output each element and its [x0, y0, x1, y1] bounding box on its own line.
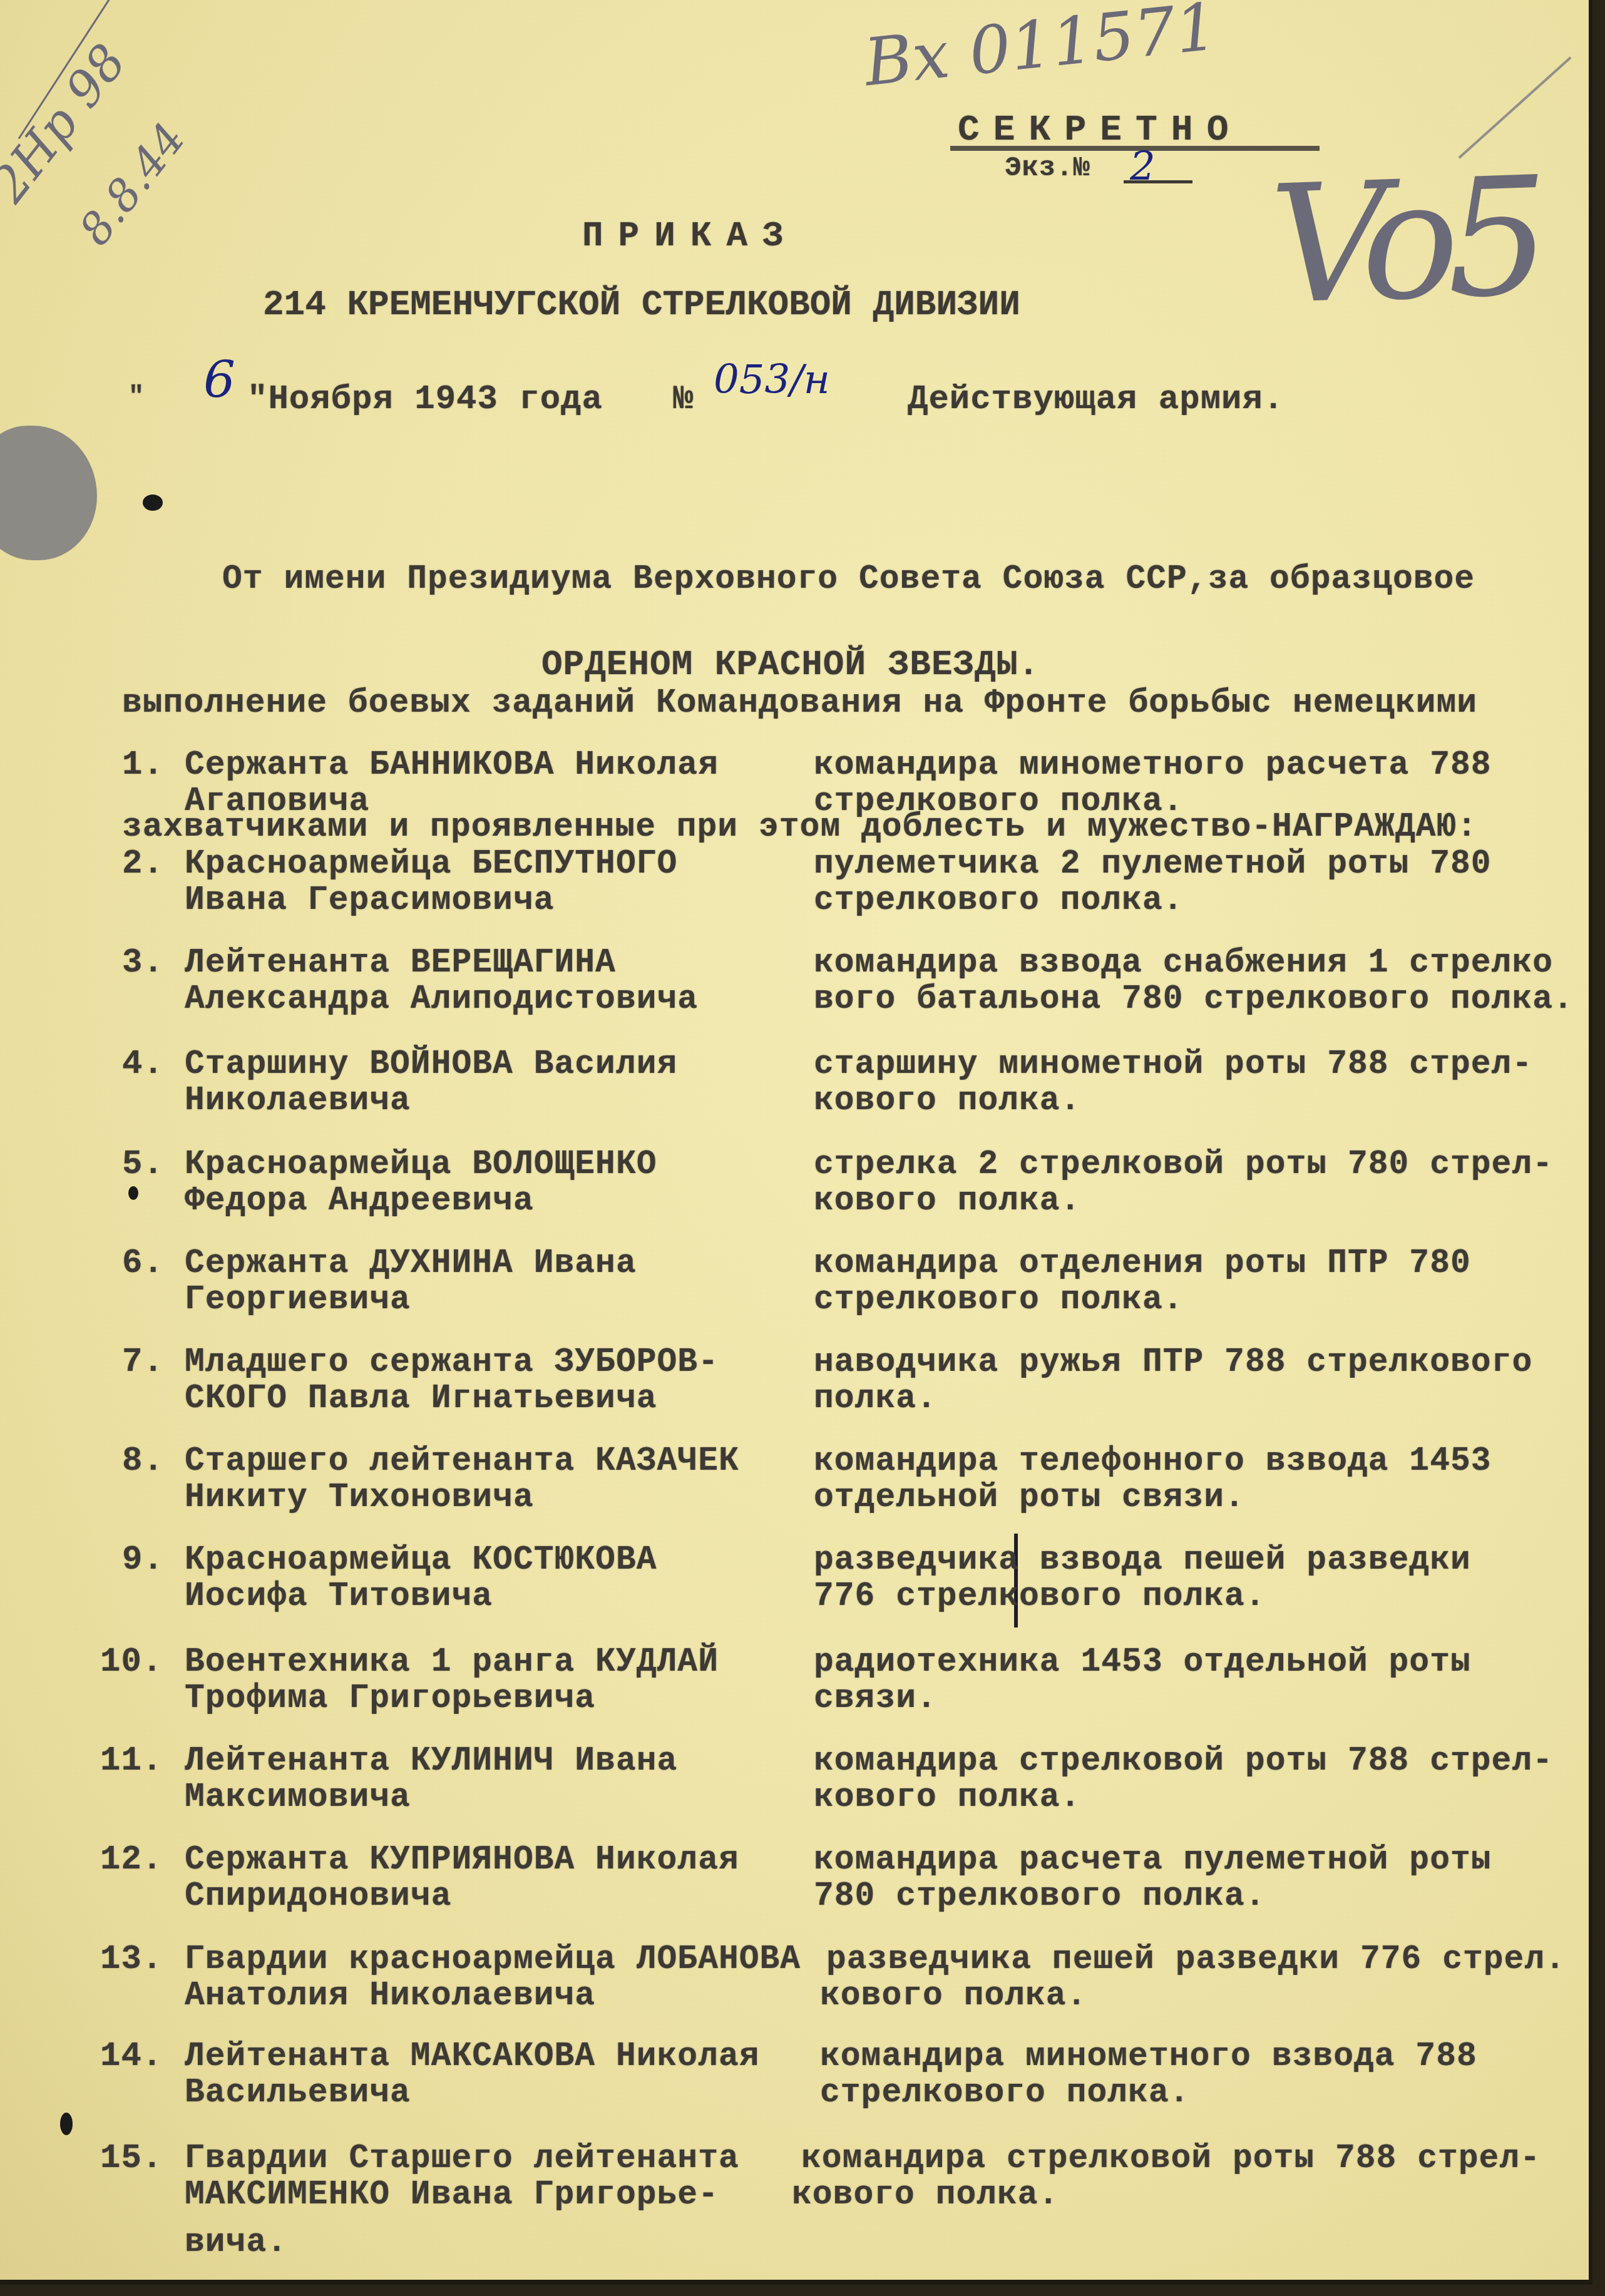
recipient-name: Лейтенанта КУЛИНИЧ Ивана [185, 1742, 677, 1780]
recipient-name: Георгиевича [185, 1281, 411, 1318]
recipient-position: старшину минометной роты 788 стрел- [814, 1045, 1532, 1083]
recipient-name: Красноармейца КОСТЮКОВА [185, 1541, 657, 1579]
recipient-name: Никиту Тихоновича [185, 1479, 534, 1516]
recipient-position: 776 стрелкового полка. [814, 1577, 1266, 1615]
pencil-incoming-reference: Вх 011571 [861, 0, 1221, 101]
recipient-position: пулеметчика 2 пулеметной роты 780 [814, 845, 1492, 883]
recipient-name: Гвардии Старшего лейтенанта [185, 2140, 739, 2177]
recipient-number: 5. [122, 1145, 164, 1184]
award-title: ОРДЕНОМ КРАСНОЙ ЗВЕЗДЫ. [541, 645, 1040, 685]
recipient-name: Красноармейца БЕСПУТНОГО [185, 845, 677, 883]
recipient-number: 7. [122, 1343, 164, 1381]
recipient-position: вого батальона 780 стрелкового полка. [814, 980, 1574, 1018]
recipient-name: Сержанта БАННИКОВА Николая [185, 746, 719, 784]
unit-name: 214 КРЕМЕНЧУГСКОЙ СТРЕЛКОВОЙ ДИВИЗИИ [263, 285, 1020, 325]
location-text: Действующая армия. [908, 381, 1284, 419]
recipient-position: командира минометного расчета 788 [814, 746, 1492, 784]
recipient-number: 14. [100, 2037, 163, 2076]
order-number-handwritten: 053/н [714, 357, 830, 403]
recipient-name: Старшину ВОЙНОВА Василия [185, 1045, 677, 1083]
recipient-name: Красноармейца ВОЛОЩЕНКО [185, 1145, 657, 1183]
recipient-position: стрелкового полка. [814, 881, 1184, 919]
document-page: 2Нр 98 8.8.44 Вх 011571 Vo5 СЕКРЕТНО Экз… [0, 0, 1592, 2285]
copy-number-label: Экз.№ [1005, 153, 1090, 184]
recipient-name: Трофима Григорьевича [185, 1679, 595, 1717]
recipient-name: Александра Алиподистовича [185, 980, 698, 1018]
recipient-name: Максимовича [185, 1778, 411, 1816]
recipient-position: радиотехника 1453 отдельной роты [814, 1643, 1471, 1681]
recipient-name: Сержанта ДУХНИНА Ивана [185, 1244, 637, 1282]
recipient-number: 3. [122, 944, 164, 982]
recipient-number: 8. [122, 1442, 164, 1480]
recipient-name: Младшего сержанта ЗУБОРОВ- [185, 1343, 719, 1381]
recipient-name: МАКСИМЕНКО Ивана Григорье- [185, 2176, 719, 2213]
ink-stain [0, 426, 97, 560]
recipient-position: наводчика ружья ПТР 788 стрелкового [814, 1343, 1532, 1381]
date-open-quote: " [128, 382, 145, 412]
recipient-position: командира взвода снабжения 1 стрелко [814, 944, 1553, 981]
recipient-name: Николаевича [185, 1082, 411, 1119]
recipient-position: связи. [814, 1679, 937, 1717]
date-month-year: "Ноября 1943 года [247, 381, 603, 419]
recipient-name: Иосифа Титовича [185, 1577, 493, 1615]
preamble-line: выполнение боевых заданий Командования н… [122, 682, 1477, 724]
recipient-position: стрелкового полка. [820, 2074, 1190, 2111]
recipient-name: Ивана Герасимовича [185, 881, 555, 919]
recipient-number: 4. [122, 1045, 164, 1084]
recipient-name: Федора Андреевича [185, 1182, 534, 1219]
recipient-position: командира стрелковой роты 788 стрел- [814, 1742, 1553, 1780]
recipient-name: Агаповича [185, 782, 369, 820]
recipient-number: 2. [122, 845, 164, 883]
document-title: ПРИКАЗ [582, 216, 799, 256]
recipient-name: Сержанта КУПРИЯНОВА Николая [185, 1841, 739, 1878]
recipient-name: Лейтенанта ВЕРЕЩАГИНА [185, 944, 616, 981]
recipient-name: Гвардии красноармейца ЛОБАНОВА [185, 1940, 801, 1978]
recipient-position: командира минометного взвода 788 [820, 2037, 1477, 2075]
recipient-name: Анатолия Николаевича [185, 1977, 595, 2014]
recipient-position: командира расчета пулеметной роты [814, 1841, 1492, 1878]
recipient-number: 13. [100, 1940, 163, 1979]
recipient-name: Спиридоновича [185, 1877, 451, 1915]
classification-stamp: СЕКРЕТНО [958, 110, 1242, 151]
recipient-number: 12. [100, 1841, 163, 1879]
pencil-note-date: 8.8.44 [69, 113, 195, 255]
recipient-position: стрелкового полка. [814, 1281, 1184, 1318]
recipient-number: 15. [100, 2140, 163, 2178]
recipient-name: Лейтенанта МАКСАКОВА Николая [185, 2037, 760, 2075]
recipient-position: разведчика пешей разведки 776 стрел. [826, 1940, 1566, 1978]
recipient-position: стрелкового полка. [814, 782, 1184, 820]
recipient-name: СКОГО Павла Игнатьевича [185, 1380, 657, 1417]
recipient-number: 11. [100, 1742, 163, 1780]
recipient-position: разведчика взвода пешей разведки [814, 1541, 1471, 1579]
recipient-name: Старшего лейтенанта КАЗАЧЕК [185, 1442, 739, 1480]
recipient-position: кового полка. [814, 1182, 1080, 1219]
pencil-large-mark: Vo5 [1268, 143, 1541, 341]
recipient-position: командира стрелковой роты 788 стрел- [801, 2140, 1541, 2177]
recipient-position: кового полка. [814, 1778, 1080, 1816]
recipient-position: командира отделения роты ПТР 780 [814, 1244, 1471, 1282]
hole-punch-mark [128, 1186, 138, 1200]
recipient-name: Васильевича [185, 2074, 411, 2111]
hole-punch-mark [60, 2113, 73, 2135]
recipient-number: 10. [100, 1643, 163, 1681]
recipient-name: Воентехника 1 ранга КУДЛАЙ [185, 1643, 719, 1681]
recipient-position: стрелка 2 стрелковой роты 780 стрел- [814, 1145, 1553, 1183]
recipient-number: 9. [122, 1541, 164, 1579]
recipient-position: кового полка. [792, 2176, 1059, 2213]
recipient-position: кового полка. [814, 1082, 1080, 1119]
recipient-position: полка. [814, 1380, 937, 1417]
date-day-handwritten: 6 [203, 351, 235, 409]
recipient-number: 6. [122, 1244, 164, 1283]
recipient-position: кового полка. [820, 1977, 1087, 2014]
copy-number-underline [1124, 180, 1192, 183]
recipient-position: командира телефонного взвода 1453 [814, 1442, 1492, 1480]
recipient-position: отдельной роты связи. [814, 1479, 1245, 1516]
recipient-name: вича. [185, 2223, 287, 2261]
preamble-line: От имени Президиума Верховного Совета Со… [122, 558, 1477, 600]
recipient-position: 780 стрелкового полка. [814, 1877, 1266, 1915]
recipient-number: 1. [122, 746, 164, 784]
order-number-label: № [673, 381, 694, 419]
